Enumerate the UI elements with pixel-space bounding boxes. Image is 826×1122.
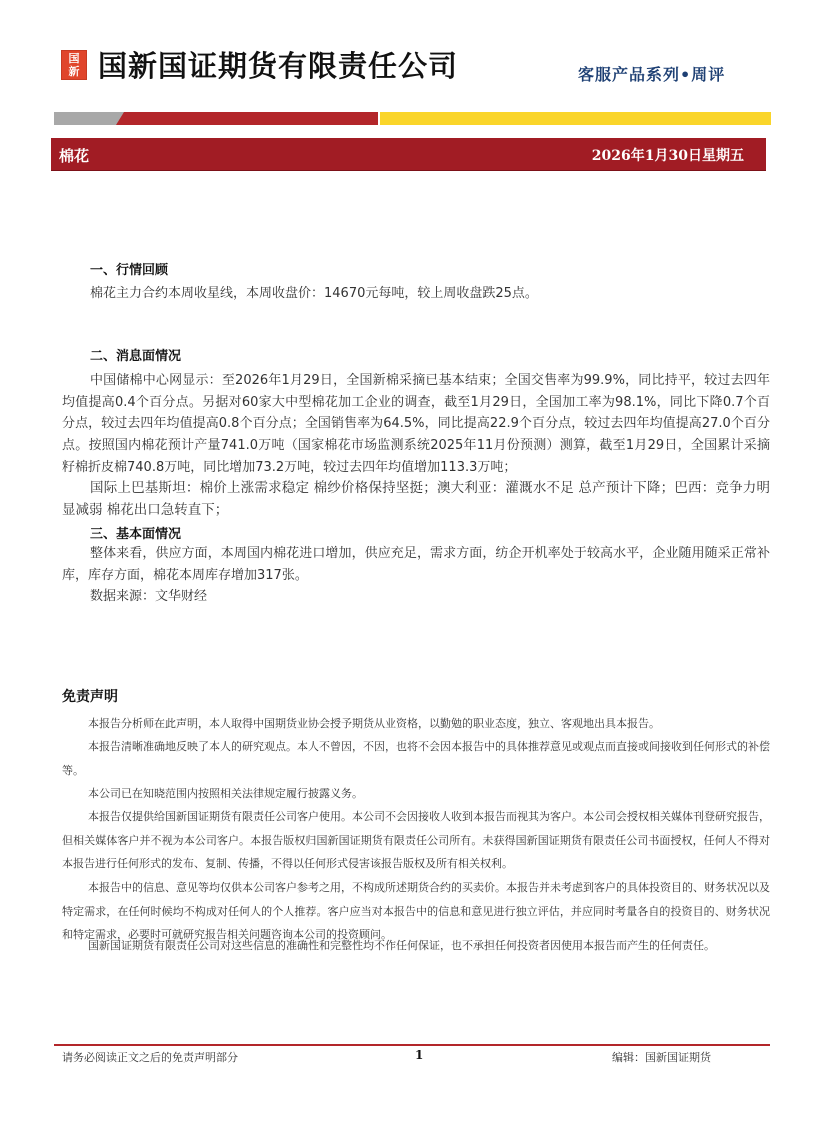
disclaimer-paragraph: 国新国证期货有限责任公司对这些信息的准确性和完整性均不作任何保证，也不承担任何投… (62, 934, 770, 958)
data-source: 数据来源：文华财经 (90, 586, 207, 608)
logo-char-top: 国 (62, 52, 86, 65)
disclaimer-paragraph: 本报告仅提供给国新国证期货有限责任公司客户使用。本公司不会因接收人收到本报告而视… (62, 805, 770, 876)
section-heading-fundamentals: 三、基本面情况 (90, 523, 181, 542)
company-name: 国新国证期货有限责任公司 (98, 48, 458, 84)
fundamentals-paragraph: 整体来看，供应方面，本周国内棉花进口增加，供应充足，需求方面，纺企开机率处于较高… (62, 543, 770, 586)
series-title: 客服产品系列•周评 (578, 62, 725, 85)
disclaimer-paragraph: 本报告清晰准确地反映了本人的研究观点。本人不曾因，不因，也将不会因本报告中的具体… (62, 735, 770, 782)
footer-editor: 编辑：国新国证期货 (612, 1049, 711, 1065)
news-paragraph-international: 国际上巴基斯坦：棉价上涨需求稳定 棉纱价格保持坚挺；澳大利亚：灌溉水不足 总产预… (62, 478, 770, 521)
logo-char-bottom: 新 (62, 65, 86, 78)
market-review-text: 棉花主力合约本周收星线，本周收盘价：14670元每吨，较上周收盘跌25点。 (90, 283, 538, 305)
company-logo: 国 新 (61, 50, 87, 80)
decorative-bar-yellow (380, 112, 771, 125)
footer-divider (54, 1044, 770, 1046)
decorative-bar-red (116, 112, 378, 125)
decorative-bar-gray (54, 112, 124, 125)
news-paragraph-domestic: 中国储棉中心网显示：至2026年1月29日，全国新棉采摘已基本结束；全国交售率为… (62, 370, 770, 479)
commodity-title: 棉花 (59, 145, 89, 166)
section-heading-market-review: 一、行情回顾 (90, 259, 168, 278)
disclaimer-title: 免责声明 (62, 686, 118, 706)
disclaimer-paragraph: 本公司已在知晓范围内按照相关法律规定履行披露义务。 (62, 782, 770, 806)
page-number: 1 (415, 1048, 423, 1062)
title-bar: 棉花 2026年1月30日星期五 (51, 138, 766, 171)
section-heading-news: 二、消息面情况 (90, 345, 181, 364)
report-date: 2026年1月30日星期五 (592, 145, 744, 165)
footer-notice: 请务必阅读正文之后的免责声明部分 (62, 1049, 238, 1065)
disclaimer-paragraph: 本报告分析师在此声明，本人取得中国期货业协会授予期货从业资格，以勤勉的职业态度，… (62, 712, 770, 736)
